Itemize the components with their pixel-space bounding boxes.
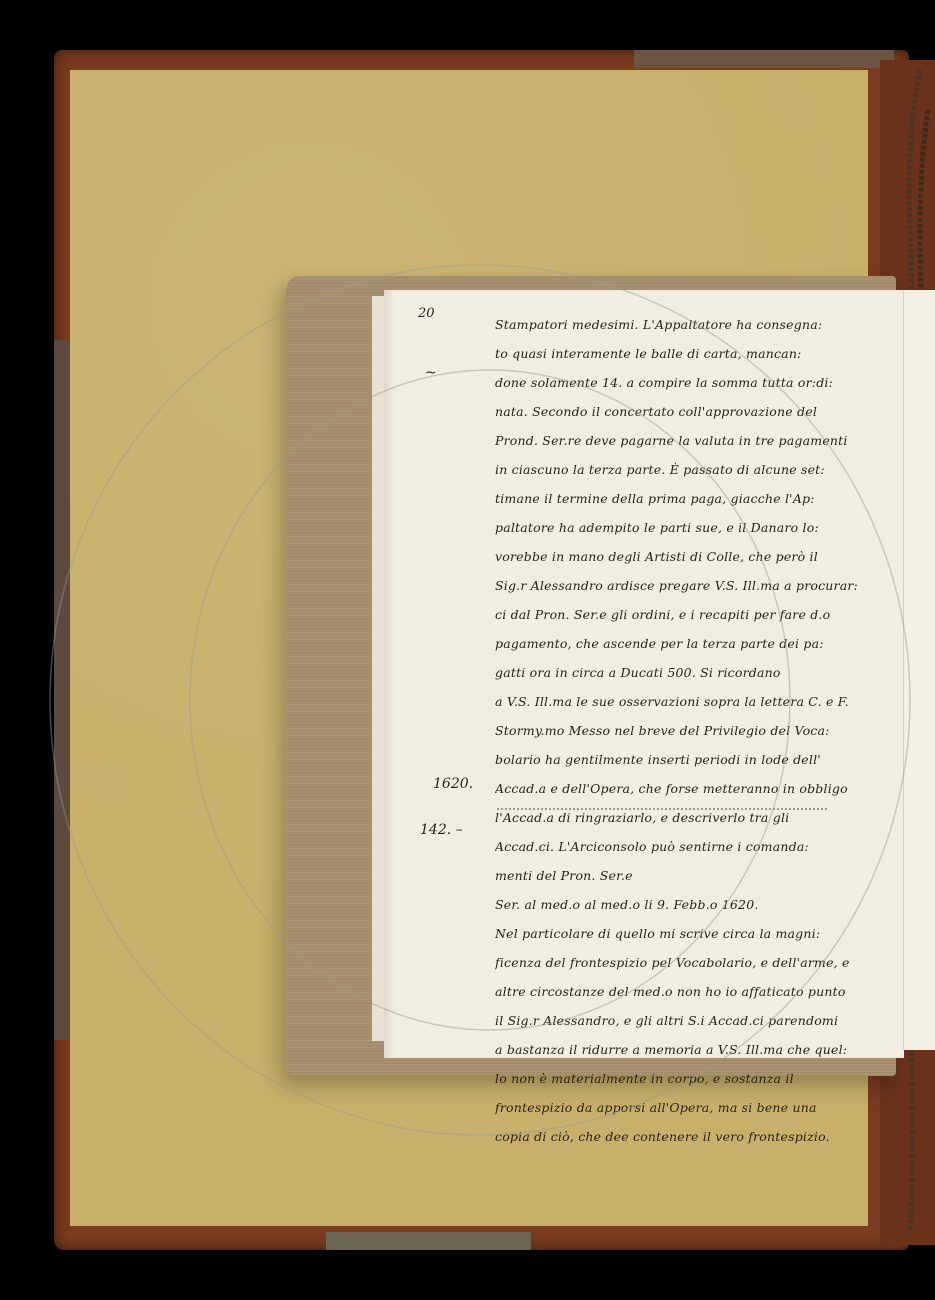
manuscript-line: frontespizio da apporsi all'Opera, ma si…: [495, 1093, 900, 1122]
manuscript-line: a V.S. Ill.ma le sue osservazioni sopra …: [495, 687, 900, 716]
margin-mark-tilde: ~: [425, 365, 437, 381]
folder-worn-patch-top: [634, 50, 894, 68]
margin-entry-number: 142. –: [420, 822, 463, 838]
folder-spine-strip: [54, 340, 70, 1040]
manuscript-line: to quasi interamente le balle di carta, …: [495, 339, 900, 368]
manuscript-line: Prond. Ser.re deve pagarne la valuta in …: [495, 426, 900, 455]
manuscript-line: Nel particolare di quello mi scrive circ…: [495, 919, 900, 948]
manuscript-line: pagamento, che ascende per la terza part…: [495, 629, 900, 658]
manuscript-line: gatti ora in circa a Ducati 500. Si rico…: [495, 658, 900, 687]
manuscript-line: done solamente 14. a compire la somma tu…: [495, 368, 900, 397]
manuscript-line: copia di ciò, che dee contenere il vero …: [495, 1122, 900, 1151]
manuscript-line: nata. Secondo il concertato coll'approva…: [495, 397, 900, 426]
manuscript-line: lo non è materialmente in corpo, e sosta…: [495, 1064, 900, 1093]
facing-page-edge: [903, 290, 935, 1050]
manuscript-line: ci dal Pron. Ser.e gli ordini, e i recap…: [495, 600, 900, 629]
manuscript-text: Stampatori medesimi. L'Appaltatore ha co…: [495, 310, 900, 1151]
manuscript-line: il Sig.r Alessandro, e gli altri S.i Acc…: [495, 1006, 900, 1035]
manuscript-line: bolario ha gentilmente inserti periodi i…: [495, 745, 900, 774]
manuscript-line: Ser. al med.o al med.o li 9. Febb.o 1620…: [495, 890, 900, 919]
folio-number: 20: [418, 306, 435, 321]
manuscript-line: Accad.a e dell'Opera, che forse metteran…: [495, 774, 900, 803]
margin-year: 1620.: [433, 776, 473, 792]
manuscript-line: ficenza del frontespizio pel Vocabolario…: [495, 948, 900, 977]
folder-worn-patch-bottom: [326, 1232, 531, 1250]
dotted-separator: [497, 808, 827, 810]
manuscript-line: a bastanza il ridurre a memoria a V.S. I…: [495, 1035, 900, 1064]
manuscript-line: Sig.r Alessandro ardisce pregare V.S. Il…: [495, 571, 900, 600]
manuscript-line: menti del Pron. Ser.e: [495, 861, 900, 890]
manuscript-line: timane il termine della prima paga, giac…: [495, 484, 900, 513]
manuscript-line: in ciascuno la terza parte. È passato di…: [495, 455, 900, 484]
manuscript-line: vorebbe in mano degli Artisti di Colle, …: [495, 542, 900, 571]
manuscript-line: Stampatori medesimi. L'Appaltatore ha co…: [495, 310, 900, 339]
manuscript-line: altre circostanze del med.o non ho io af…: [495, 977, 900, 1006]
manuscript-line: paltatore ha adempito le parti sue, e il…: [495, 513, 900, 542]
manuscript-line: Accad.ci. L'Arciconsolo può sentirne i c…: [495, 832, 900, 861]
manuscript-line: Stormy.mo Messo nel breve del Privilegio…: [495, 716, 900, 745]
